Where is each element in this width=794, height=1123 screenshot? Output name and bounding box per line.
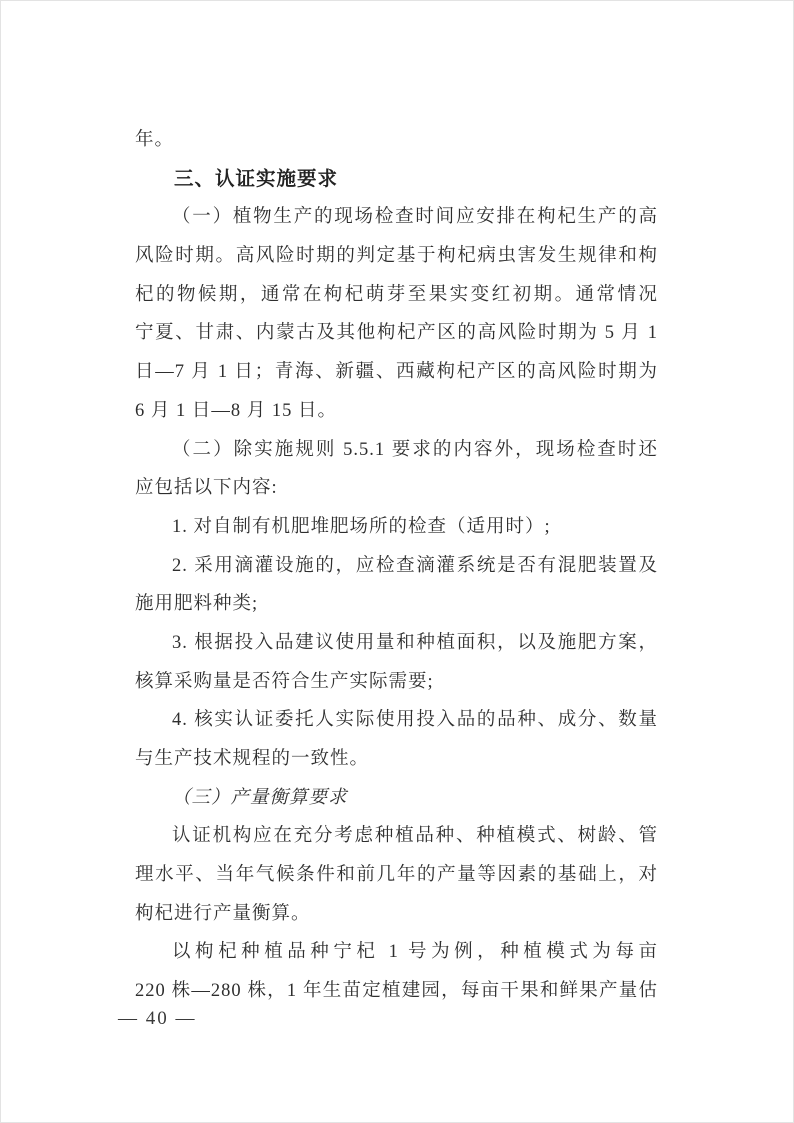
text-line: 认证机构应在充分考虑种植品种、种植模式、树龄、管: [135, 817, 658, 856]
section-heading: 三、认证实施要求: [135, 160, 658, 199]
text-line: （一）植物生产的现场检查时间应安排在枸杞生产的高: [135, 198, 658, 237]
text-line: （二）除实施规则 5.5.1 要求的内容外，现场检查时还: [135, 431, 658, 470]
text-line: 枸杞进行产量衡算。: [135, 895, 658, 934]
text-line: 宁夏、甘肃、内蒙古及其他枸杞产区的高风险时期为 5 月 1: [135, 314, 658, 353]
document-page: 年。三、认证实施要求（一）植物生产的现场检查时间应安排在枸杞生产的高风险时期。高…: [0, 0, 794, 1123]
text-line: 6 月 1 日—8 月 15 日。: [135, 392, 658, 431]
text-line: 风险时期。高风险时期的判定基于枸杞病虫害发生规律和枸: [135, 237, 658, 276]
text-line: 核算采购量是否符合生产实际需要;: [135, 663, 658, 702]
subsection-heading: （三）产量衡算要求: [135, 779, 658, 818]
text-line: 以枸杞种植品种宁杞 1 号为例，种植模式为每亩（667m²）: [135, 933, 658, 972]
text-line: 日—7 月 1 日；青海、新疆、西藏枸杞产区的高风险时期为: [135, 353, 658, 392]
text-line: 3. 根据投入品建议使用量和种植面积，以及施肥方案，: [135, 624, 658, 663]
text-line: 220 株—280 株，1 年生苗定植建园，每亩干果和鲜果产量估: [135, 972, 658, 1011]
text-line: 年。: [135, 121, 658, 160]
document-body: 年。三、认证实施要求（一）植物生产的现场检查时间应安排在枸杞生产的高风险时期。高…: [135, 121, 658, 1011]
text-line: 应包括以下内容:: [135, 469, 658, 508]
text-line: 4. 核实认证委托人实际使用投入品的品种、成分、数量: [135, 701, 658, 740]
text-line: 理水平、当年气候条件和前几年的产量等因素的基础上，对: [135, 856, 658, 895]
text-line: 2. 采用滴灌设施的，应检查滴灌系统是否有混肥装置及: [135, 547, 658, 586]
text-line: 与生产技术规程的一致性。: [135, 740, 658, 779]
text-line: 杞的物候期，通常在枸杞萌芽至果实变红初期。通常情况下，: [135, 276, 658, 315]
text-line: 1. 对自制有机肥堆肥场所的检查（适用时）;: [135, 508, 658, 547]
text-line: 施用肥料种类;: [135, 585, 658, 624]
page-number: — 40 —: [118, 1008, 197, 1030]
